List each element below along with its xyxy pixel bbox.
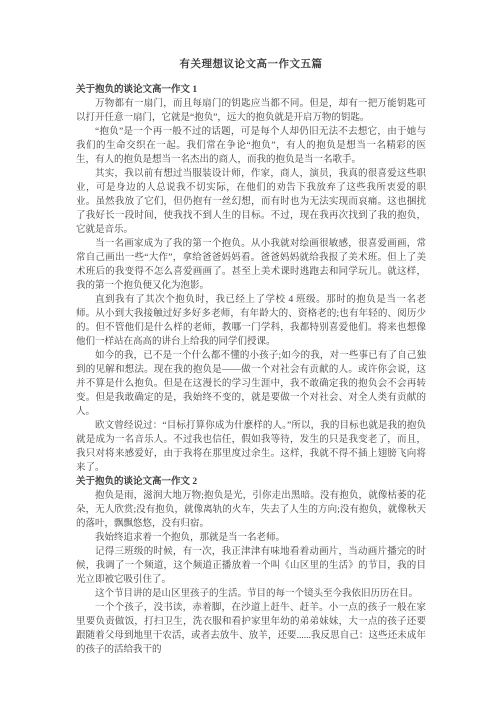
document-title: 有关理想议论文高一作文五篇 xyxy=(76,58,426,72)
document-page: 有关理想议论文高一作文五篇 关于抱负的谈论文高一作文 1万物都有一扇门，而且每扇… xyxy=(0,0,500,707)
essay-paragraph: 记得三班级的时候，有一次，我正津津有味地看着动画片，当动画片播完的时候，我调了一… xyxy=(76,545,426,587)
section-heading: 关于抱负的谈论文高一作文 1 xyxy=(76,83,426,97)
essay-paragraph: 当一名画家成为了我的第一个抱负。从小我就对绘画很敏感，很喜爱画画，常常自己画出一… xyxy=(76,237,426,293)
essay-sections: 关于抱负的谈论文高一作文 1万物都有一扇门，而且每扇门的钥匙应当都不同。但是，却… xyxy=(76,83,426,657)
essay-paragraph: 如今的我，已不是一个什么都不懂的小孩子;如今的我，对一些事已有了自己独到的见解和… xyxy=(76,349,426,419)
essay-paragraph: 这个节目讲的是山区里孩子的生活。节目的每一个镜头至今我依旧历历在目。 xyxy=(76,587,426,601)
essay-paragraph: 直到我有了其次个抱负时，我已经上了学校 4 班级。那时的抱负是当一名老师。从小到… xyxy=(76,293,426,349)
essay-paragraph: 我始终追求着一个抱负，那就是当一名老师。 xyxy=(76,531,426,545)
essay-paragraph: “抱负”是一个再一般不过的话题，可是每个人却仍旧无法不去想它，由于她与我们的生命… xyxy=(76,125,426,167)
essay-paragraph: 万物都有一扇门，而且每扇门的钥匙应当都不同。但是，却有一把万能钥匙可以打开任意一… xyxy=(76,97,426,125)
section-heading: 关于抱负的谈论文高一作文 2 xyxy=(76,475,426,489)
essay-paragraph: 欧文曾经说过：“目标打算你成为什麽样的人。”所以，我的目标也就是我的抱负就是成为… xyxy=(76,419,426,475)
essay-paragraph: 抱负是雨，滋润大地万物;抱负是光，引你走出黑暗。没有抱负，就像枯萎的花朵，无人欣… xyxy=(76,489,426,531)
essay-paragraph: 其实，我以前有想过当服装设计师，作家，商人，演员，我真的很喜爱这些职业，可是身边… xyxy=(76,167,426,237)
essay-paragraph: 一个个孩子，没书读，赤着脚，在沙道上赶牛、赶羊。小一点的孩子一般在家里要负责做饭… xyxy=(76,601,426,657)
